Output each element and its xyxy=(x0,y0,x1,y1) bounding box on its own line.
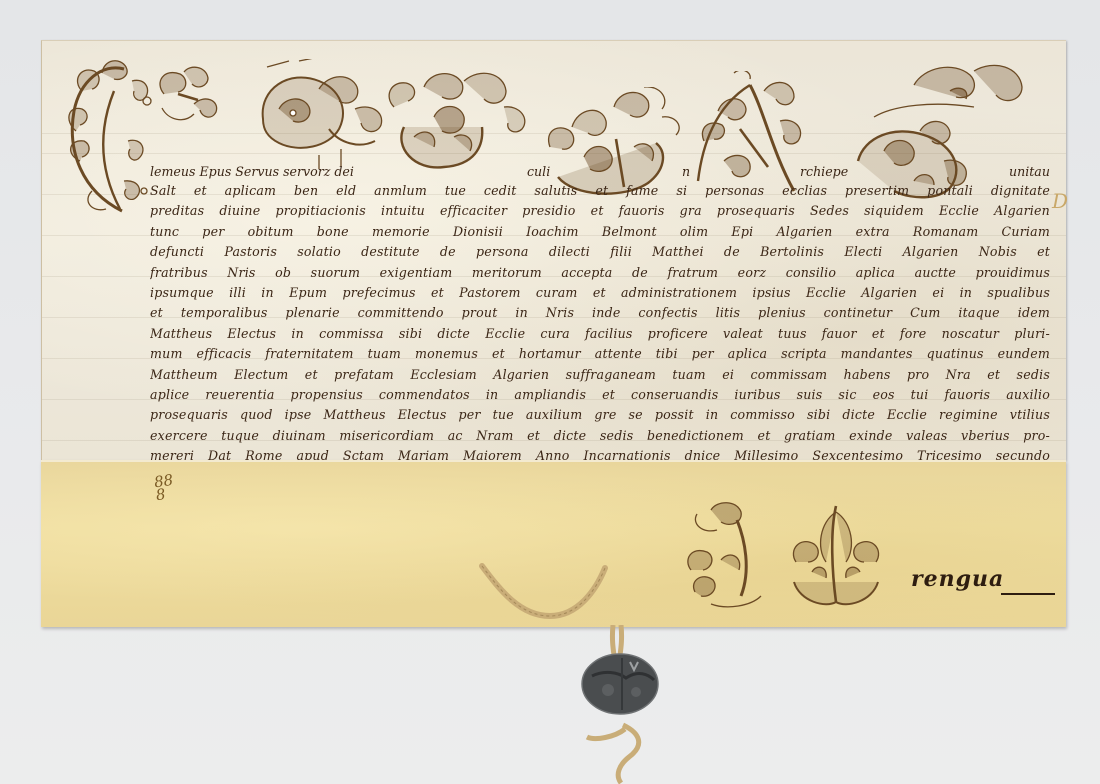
flourish-small-icon xyxy=(154,64,224,126)
flourish-letter-e-icon xyxy=(384,67,534,177)
text-line: Salt et aplicam ben eld anmlum tue cedit… xyxy=(150,181,1050,201)
text-line: defuncti Pastoris solatio destitute de p… xyxy=(150,242,1050,262)
signature-underline xyxy=(1001,593,1055,595)
flourish-letter-n-icon xyxy=(694,71,814,199)
text-line: exercere tuque diuinam misericordiam ac … xyxy=(150,426,1050,446)
first-line-fragment: culi xyxy=(527,163,550,181)
text-line: fratribus Nris ob suorum exigentiam meri… xyxy=(150,263,1050,283)
first-line-fragment: n xyxy=(682,163,690,181)
text-line: mum efficacis fraternitatem tuam monemus… xyxy=(150,344,1050,364)
text-line: et temporalibus plenarie committendo pro… xyxy=(150,303,1050,323)
cord-loop-icon xyxy=(470,560,620,630)
document-body-text: Salt et aplicam ben eld anmlum tue cedit… xyxy=(150,181,1050,466)
first-line-fragment: rchiepe xyxy=(800,163,848,181)
text-line: tunc per obitum bone memorie Dionisii Io… xyxy=(150,222,1050,242)
initial-c-flourish-icon xyxy=(62,51,157,216)
text-line: ipsumque illi in Epum prefecimus et Past… xyxy=(150,283,1050,303)
scribe-signature: rengua xyxy=(911,566,1004,592)
text-line: preditas diuine propitiacionis intuitu e… xyxy=(150,201,1050,221)
first-line-fragment: unitau xyxy=(1009,163,1050,181)
parchment-sheet: lemeus Epus Servus servorz dei culi n rc… xyxy=(41,40,1066,460)
signature-initial-j-flourish-icon xyxy=(681,500,771,610)
signature-flourish-ornament-icon xyxy=(786,502,886,608)
text-line: Mattheus Electus in commissa sibi dicte … xyxy=(150,324,1050,344)
text-line: Mattheum Electum et prefatam Ecclesiam A… xyxy=(150,365,1050,385)
text-line: aplice reuerentia propensius commendatos… xyxy=(150,385,1050,405)
text-line: prosequaris quod ipse Mattheus Electus p… xyxy=(150,405,1050,425)
margin-note: D xyxy=(1052,189,1068,213)
first-line-intitulatio: lemeus Epus Servus servorz dei xyxy=(150,163,354,181)
shelfmark-note: 88 8 xyxy=(153,474,176,502)
lead-seal-icon xyxy=(578,650,660,716)
flourish-letter-l-icon xyxy=(259,59,391,169)
